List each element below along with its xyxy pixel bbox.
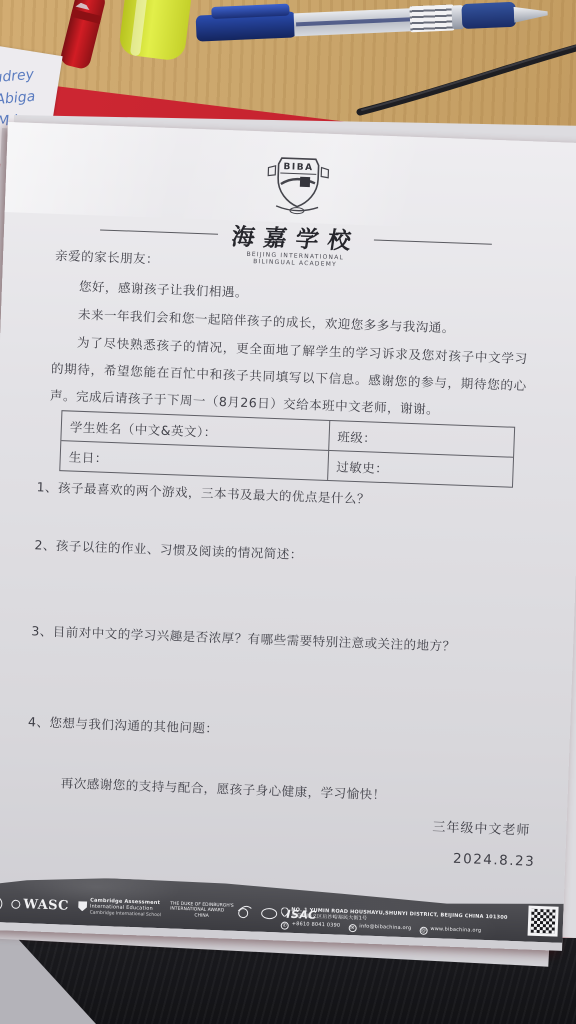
date: 2024.8.23 — [453, 851, 536, 870]
wasc-logo: WASC — [11, 896, 69, 913]
letter-content: BIBA 海嘉学校 BEIJING INTERNATIONAL BILINGUA… — [0, 122, 576, 951]
cambridge-shield-icon — [78, 901, 87, 911]
duke-swoosh-icon — [236, 905, 253, 920]
website-url: www.bibachina.org — [430, 926, 481, 934]
closing-line: 再次感谢您的支持与配合，愿孩子身心健康，学习愉快！ — [35, 768, 512, 812]
divider-left — [100, 229, 218, 234]
wasc-label: WASC — [23, 897, 69, 914]
signature: 三年级中文老师 — [432, 816, 531, 839]
round-emblem-icon — [261, 907, 277, 919]
handwriting-line: Abiga — [0, 86, 37, 111]
cambridge-logo: Cambridge Assessment International Educa… — [78, 897, 162, 919]
document-page: BIBA 海嘉学校 BEIJING INTERNATIONAL BILINGUA… — [0, 122, 576, 951]
mail-icon: ✉ — [348, 924, 356, 932]
question-4: 4、您想与我们沟通的其他问题： — [28, 708, 515, 753]
phone-icon: ✆ — [281, 922, 289, 930]
wasc-ring-icon — [11, 899, 20, 908]
red-pen-band — [71, 9, 102, 24]
cable — [352, 38, 576, 124]
blue-pen-tip — [514, 5, 549, 22]
highlighter-cap — [118, 0, 192, 62]
phone-number: +8610 8041 0390 — [292, 921, 341, 929]
qr-code — [528, 906, 559, 937]
email-address: info@bibachina.org — [359, 923, 411, 931]
cell-allergy: 过敏史： — [327, 451, 513, 487]
ib-logo-icon: b — [0, 895, 3, 911]
footer-band: b WASC Cambridge Assessment Internationa… — [0, 873, 564, 942]
globe-icon: @ — [419, 927, 427, 935]
svg-text:BIBA: BIBA — [283, 162, 313, 173]
biba-crest-icon: BIBA — [252, 153, 344, 218]
photo-scene: udrey Abiga M La BIBA 海嘉学校 — [0, 0, 576, 1024]
highlighter-shine — [130, 0, 148, 56]
divider-right — [374, 239, 492, 244]
question-3: 3、目前对中文的学习兴趣是否浓厚？有哪些需要特别注意或关注的地方？ — [31, 617, 518, 662]
blue-pen-grip — [461, 2, 516, 29]
blue-pen-label — [409, 4, 454, 32]
question-2: 2、孩子以往的作业、习惯及阅读的情况简述： — [34, 531, 521, 576]
location-pin-icon — [281, 908, 288, 917]
duke-of-edinburgh-logo: THE DUKE OF EDINBURGH'S INTERNATIONAL AW… — [170, 901, 253, 921]
